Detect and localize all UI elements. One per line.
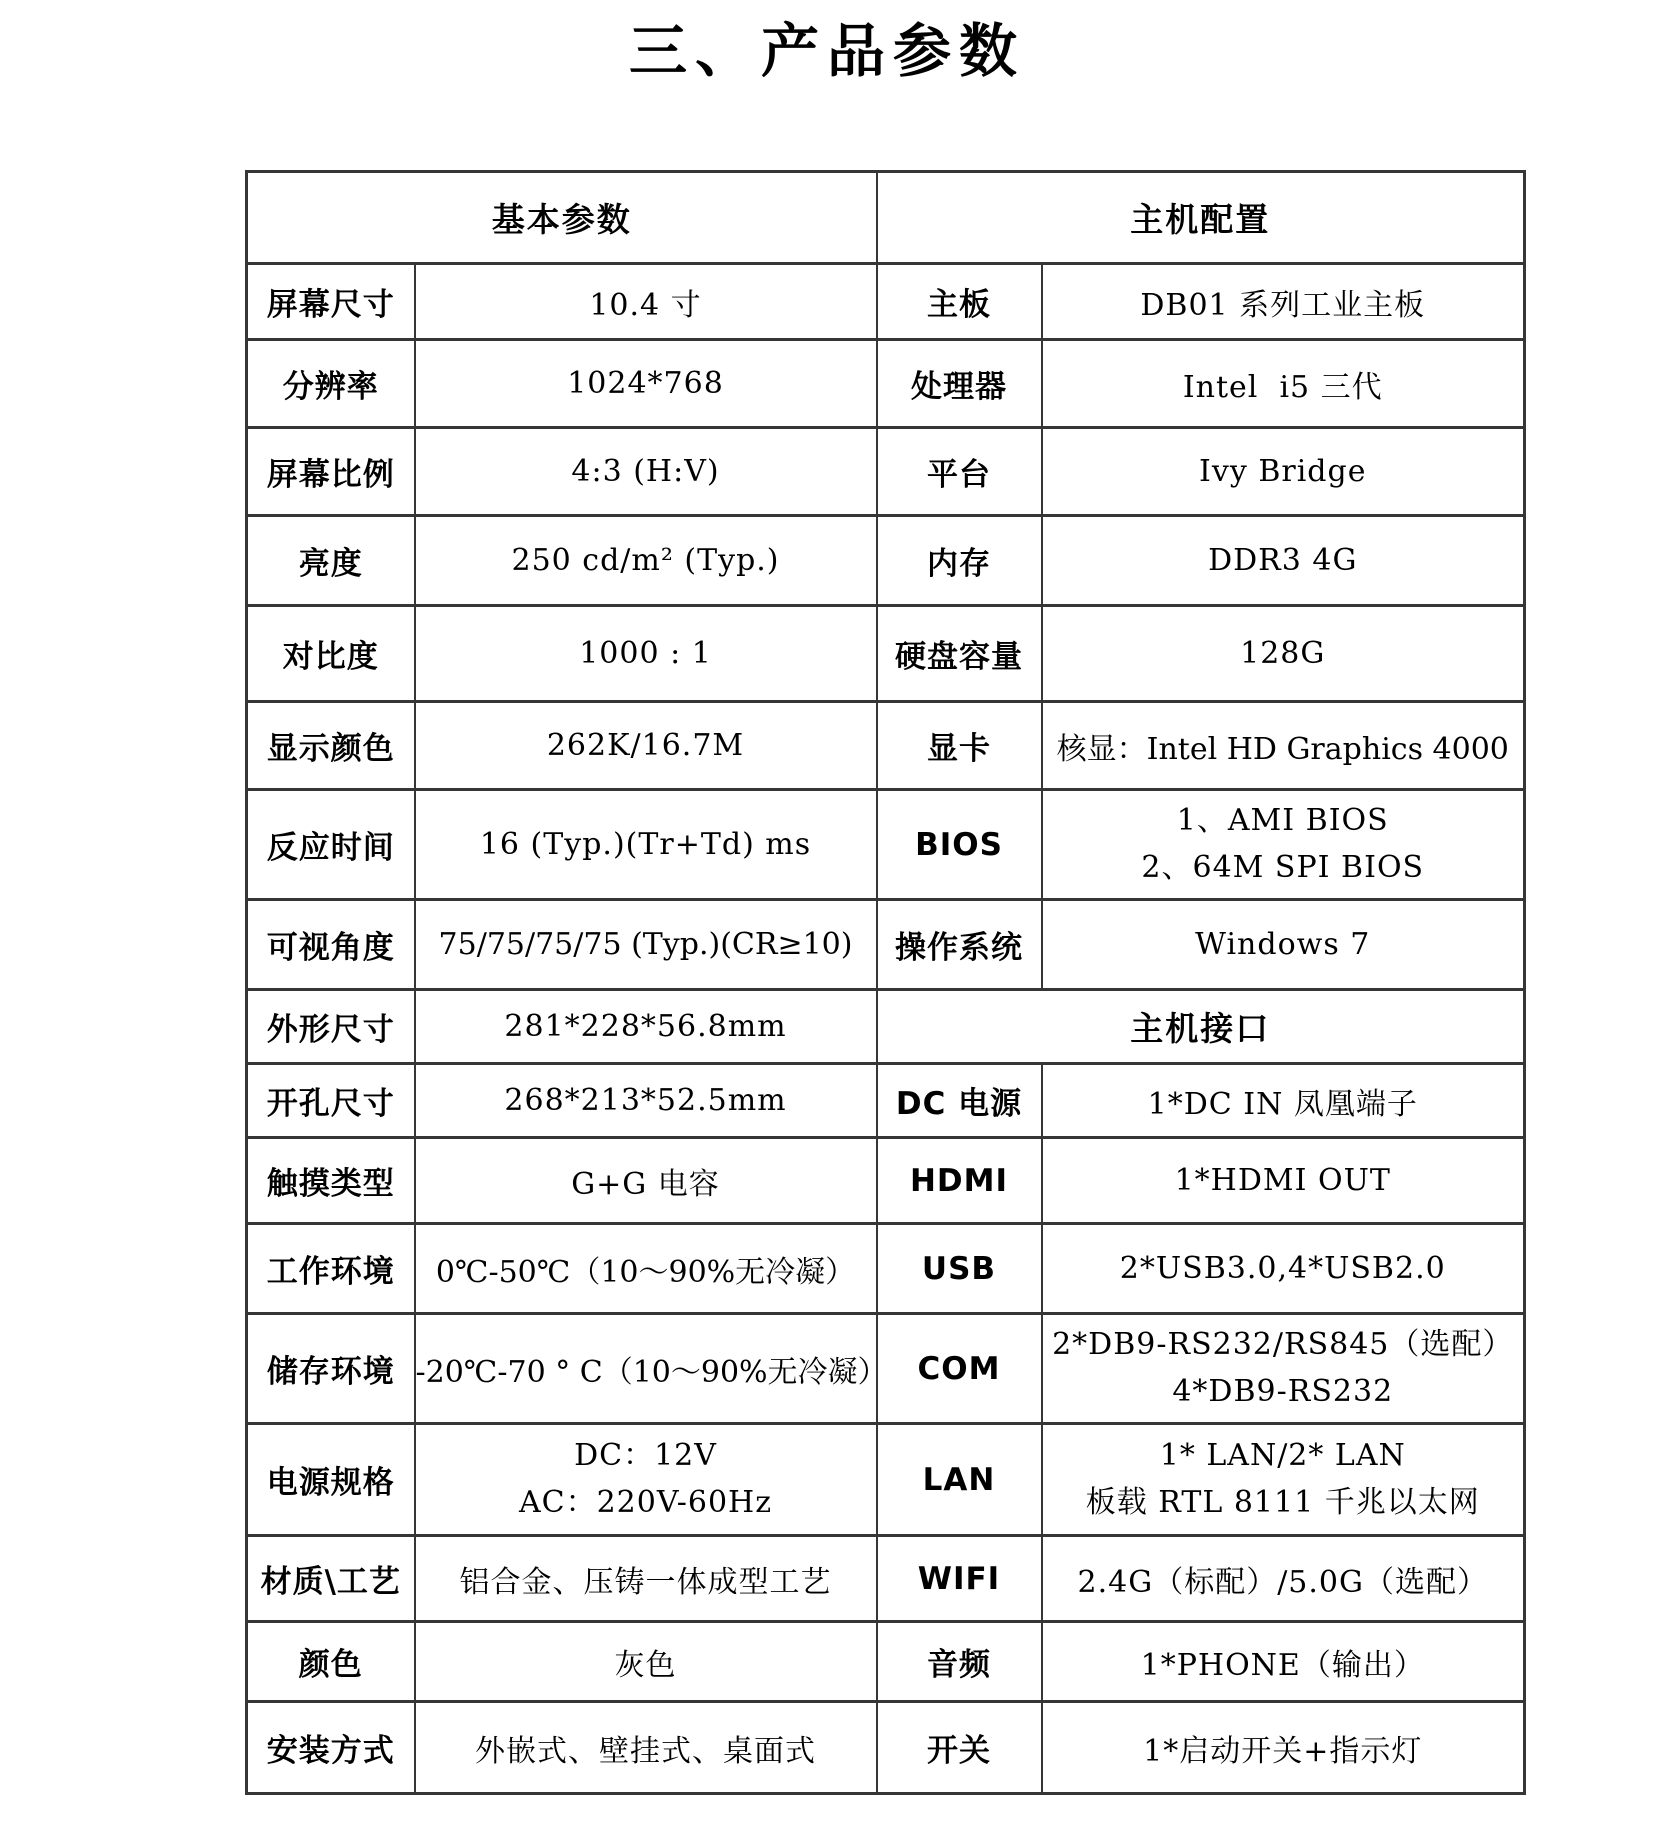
value-cell: 2.4G（标配）/5.0G（选配） — [1042, 1536, 1525, 1622]
row-storage-env: 储存环境 -20℃-70 ° C（10～90%无冷凝） COM 2*DB9-RS… — [247, 1314, 1525, 1424]
value-cell: 核显：Intel HD Graphics 4000 — [1042, 702, 1525, 790]
value-line: 2、64M SPI BIOS — [1046, 845, 1521, 892]
label-cell: 开孔尺寸 — [247, 1064, 415, 1138]
row-contrast: 对比度 1000 : 1 硬盘容量 128G — [247, 606, 1525, 702]
label-cell: 主板 — [877, 264, 1042, 340]
label-cell: 工作环境 — [247, 1224, 415, 1314]
value-line: AC：220V-60Hz — [419, 1480, 873, 1527]
value-cell: 1*启动开关+指示灯 — [1042, 1702, 1525, 1794]
value-cell: 128G — [1042, 606, 1525, 702]
label-cell: 颜色 — [247, 1622, 415, 1702]
label-cell: 分辨率 — [247, 340, 415, 428]
label-cell: 硬盘容量 — [877, 606, 1042, 702]
value-line: 2*DB9-RS232/RS845（选配） — [1046, 1322, 1521, 1369]
row-power-spec: 电源规格 DC：12VAC：220V-60Hz LAN 1* LAN/2* LA… — [247, 1424, 1525, 1536]
label-cell: WIFI — [877, 1536, 1042, 1622]
label-cell: HDMI — [877, 1138, 1042, 1224]
label-cell: BIOS — [877, 790, 1042, 900]
row-color: 颜色 灰色 音频 1*PHONE（输出） — [247, 1622, 1525, 1702]
label-cell: USB — [877, 1224, 1042, 1314]
value-cell: 1* LAN/2* LAN板载 RTL 8111 千兆以太网 — [1042, 1424, 1525, 1536]
value-cell: 1000 : 1 — [415, 606, 877, 702]
value-cell: 铝合金、压铸一体成型工艺 — [415, 1536, 877, 1622]
value-cell: 灰色 — [415, 1622, 877, 1702]
label-cell: 屏幕比例 — [247, 428, 415, 516]
label-cell: LAN — [877, 1424, 1042, 1536]
value-cell: 268*213*52.5mm — [415, 1064, 877, 1138]
table-header-row: 基本参数 主机配置 — [247, 172, 1525, 264]
value-cell: 281*228*56.8mm — [415, 990, 877, 1064]
value-line: 1、AMI BIOS — [1046, 798, 1521, 845]
label-cell: 亮度 — [247, 516, 415, 606]
label-cell: 储存环境 — [247, 1314, 415, 1424]
value-cell: 10.4 寸 — [415, 264, 877, 340]
row-aspect-ratio: 屏幕比例 4:3 (H:V) 平台 Ivy Bridge — [247, 428, 1525, 516]
label-cell: 屏幕尺寸 — [247, 264, 415, 340]
value-cell: 1*PHONE（输出） — [1042, 1622, 1525, 1702]
value-cell: 外嵌式、壁挂式、桌面式 — [415, 1702, 877, 1794]
row-material: 材质\工艺 铝合金、压铸一体成型工艺 WIFI 2.4G（标配）/5.0G（选配… — [247, 1536, 1525, 1622]
label-cell: 开关 — [877, 1702, 1042, 1794]
label-cell: 反应时间 — [247, 790, 415, 900]
value-cell: 75/75/75/75 (Typ.)(CR≥10) — [415, 900, 877, 990]
label-cell: 处理器 — [877, 340, 1042, 428]
label-cell: 安装方式 — [247, 1702, 415, 1794]
value-cell: DB01 系列工业主板 — [1042, 264, 1525, 340]
value-cell: DC：12VAC：220V-60Hz — [415, 1424, 877, 1536]
header-basic-params: 基本参数 — [247, 172, 877, 264]
document-page: 三、产品参数 基本参数 主机配置 屏幕尺寸 10.4 寸 主板 DB01 系列工… — [0, 0, 1654, 1834]
label-cell: 操作系统 — [877, 900, 1042, 990]
value-cell: 4:3 (H:V) — [415, 428, 877, 516]
value-cell: 1024*768 — [415, 340, 877, 428]
value-cell: 2*USB3.0,4*USB2.0 — [1042, 1224, 1525, 1314]
value-cell: 250 cd/m² (Typ.) — [415, 516, 877, 606]
value-cell: G+G 电容 — [415, 1138, 877, 1224]
label-cell: 对比度 — [247, 606, 415, 702]
label-cell: 内存 — [877, 516, 1042, 606]
label-cell: 材质\工艺 — [247, 1536, 415, 1622]
label-cell: COM — [877, 1314, 1042, 1424]
value-line: 板载 RTL 8111 千兆以太网 — [1046, 1480, 1521, 1527]
label-cell: 音频 — [877, 1622, 1042, 1702]
row-response-time: 反应时间 16 (Typ.)(Tr+Td) ms BIOS 1、AMI BIOS… — [247, 790, 1525, 900]
product-spec-table: 基本参数 主机配置 屏幕尺寸 10.4 寸 主板 DB01 系列工业主板 分辨率… — [245, 170, 1526, 1795]
row-operating-env: 工作环境 0℃-50℃（10～90%无冷凝） USB 2*USB3.0,4*US… — [247, 1224, 1525, 1314]
label-cell: 显示颜色 — [247, 702, 415, 790]
row-touch-type: 触摸类型 G+G 电容 HDMI 1*HDMI OUT — [247, 1138, 1525, 1224]
value-line: DC：12V — [419, 1433, 873, 1480]
value-line: 4*DB9-RS232 — [1046, 1369, 1521, 1416]
value-cell: DDR3 4G — [1042, 516, 1525, 606]
label-cell: 外形尺寸 — [247, 990, 415, 1064]
value-cell: 2*DB9-RS232/RS845（选配）4*DB9-RS232 — [1042, 1314, 1525, 1424]
label-cell: 显卡 — [877, 702, 1042, 790]
row-resolution: 分辨率 1024*768 处理器 Intel i5 三代 — [247, 340, 1525, 428]
value-cell: 16 (Typ.)(Tr+Td) ms — [415, 790, 877, 900]
row-viewing-angle: 可视角度 75/75/75/75 (Typ.)(CR≥10) 操作系统 Wind… — [247, 900, 1525, 990]
label-cell: 平台 — [877, 428, 1042, 516]
header-host-config: 主机配置 — [877, 172, 1525, 264]
label-cell: 电源规格 — [247, 1424, 415, 1536]
value-cell: 1*HDMI OUT — [1042, 1138, 1525, 1224]
value-cell: 1、AMI BIOS2、64M SPI BIOS — [1042, 790, 1525, 900]
label-cell: 触摸类型 — [247, 1138, 415, 1224]
value-cell: Intel i5 三代 — [1042, 340, 1525, 428]
row-cutout-size: 开孔尺寸 268*213*52.5mm DC 电源 1*DC IN 凤凰端子 — [247, 1064, 1525, 1138]
section-header-cell: 主机接口 — [877, 990, 1525, 1064]
label-cell: 可视角度 — [247, 900, 415, 990]
row-mounting: 安装方式 外嵌式、壁挂式、桌面式 开关 1*启动开关+指示灯 — [247, 1702, 1525, 1794]
row-brightness: 亮度 250 cd/m² (Typ.) 内存 DDR3 4G — [247, 516, 1525, 606]
value-cell: 1*DC IN 凤凰端子 — [1042, 1064, 1525, 1138]
value-cell: 262K/16.7M — [415, 702, 877, 790]
value-cell: Windows 7 — [1042, 900, 1525, 990]
row-display-colors: 显示颜色 262K/16.7M 显卡 核显：Intel HD Graphics … — [247, 702, 1525, 790]
page-title: 三、产品参数 — [0, 4, 1654, 88]
row-screen-size: 屏幕尺寸 10.4 寸 主板 DB01 系列工业主板 — [247, 264, 1525, 340]
value-cell: 0℃-50℃（10～90%无冷凝） — [415, 1224, 877, 1314]
value-cell: -20℃-70 ° C（10～90%无冷凝） — [415, 1314, 877, 1424]
value-cell: Ivy Bridge — [1042, 428, 1525, 516]
value-line: 1* LAN/2* LAN — [1046, 1433, 1521, 1480]
row-dimensions: 外形尺寸 281*228*56.8mm 主机接口 — [247, 990, 1525, 1064]
label-cell: DC 电源 — [877, 1064, 1042, 1138]
